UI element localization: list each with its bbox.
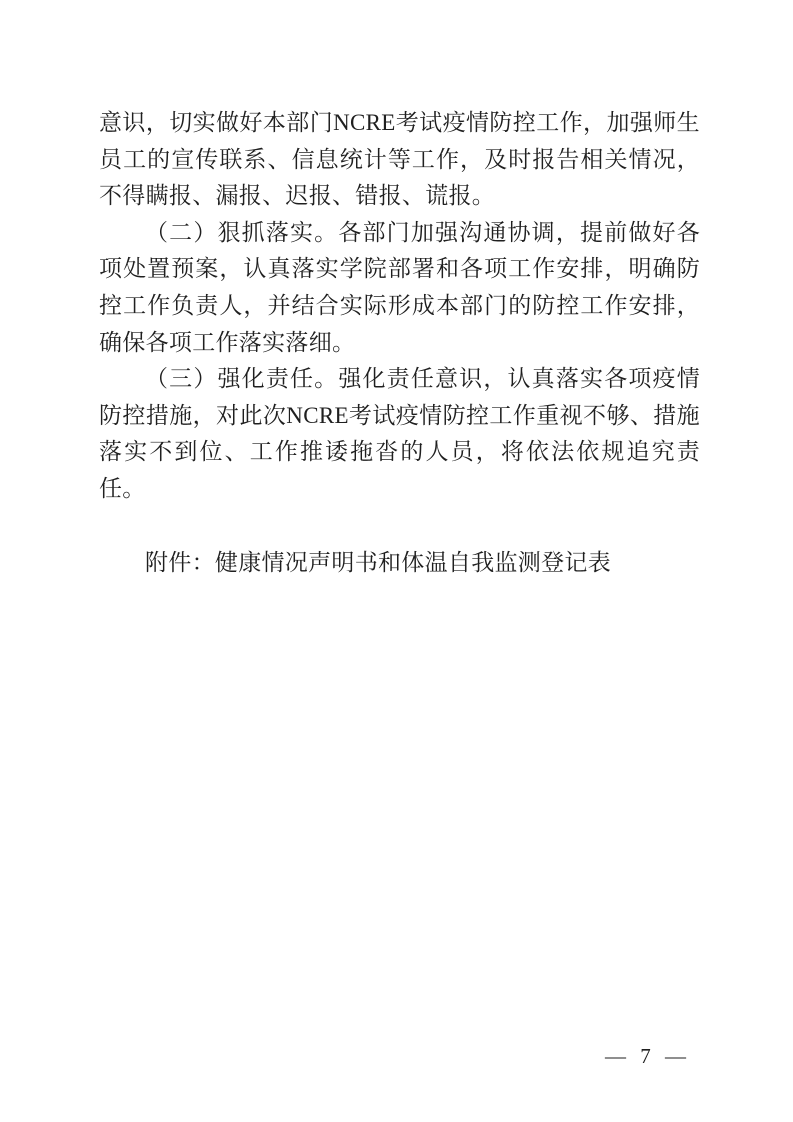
document-body: 意识，切实做好本部门NCRE考试疫情防控工作，加强师生员工的宣传联系、信息统计等… — [99, 105, 700, 581]
document-page: 意识，切实做好本部门NCRE考试疫情防控工作，加强师生员工的宣传联系、信息统计等… — [0, 0, 793, 1122]
paragraph-continuation: 意识，切实做好本部门NCRE考试疫情防控工作，加强师生员工的宣传联系、信息统计等… — [99, 105, 700, 215]
attachment-note: 附件：健康情况声明书和体温自我监测登记表 — [99, 545, 700, 582]
paragraph-item-three: （三）强化责任。强化责任意识，认真落实各项疫情防控措施，对此次NCRE考试疫情防… — [99, 361, 700, 507]
paragraph-item-two: （二）狠抓落实。各部门加强沟通协调，提前做好各项处置预案，认真落实学院部署和各项… — [99, 215, 700, 361]
page-number: — 7 — — [605, 1044, 688, 1068]
